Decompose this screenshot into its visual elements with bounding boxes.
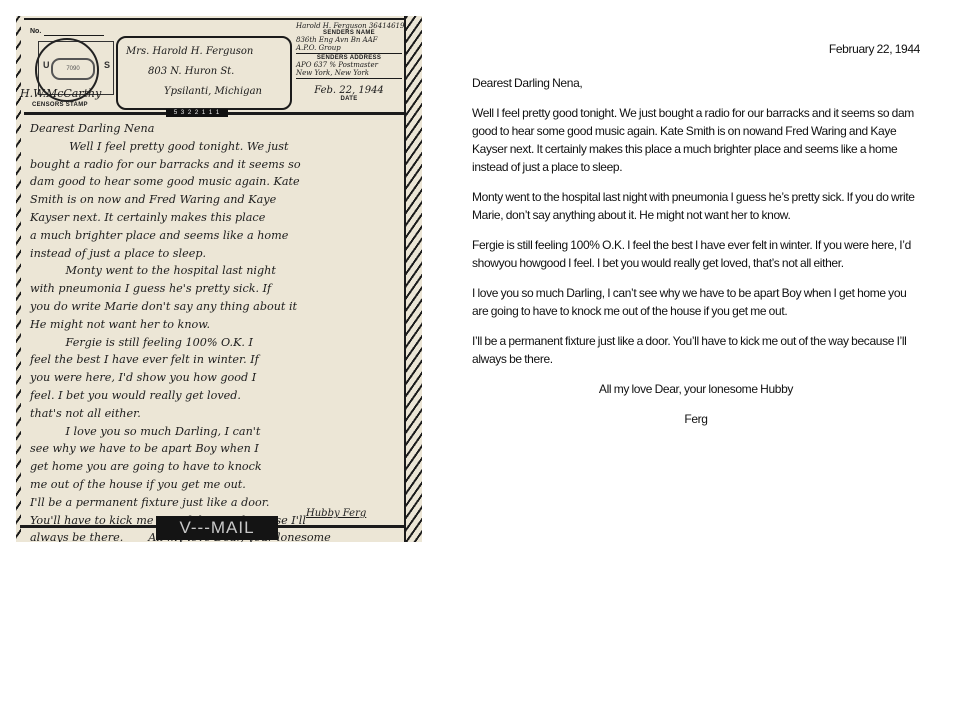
handwritten-line: Monty went to the hospital last night bbox=[30, 262, 400, 280]
handwritten-line: with pneumonia I guess he's pretty sick.… bbox=[30, 280, 400, 298]
handwritten-line: bought a radio for our barracks and it s… bbox=[30, 156, 400, 174]
sender-rule bbox=[296, 53, 402, 54]
handwritten-line: dam good to hear some good music again. … bbox=[30, 173, 400, 191]
handwritten-letter-body: Dearest Darling Nena Well I feel pretty … bbox=[30, 120, 400, 542]
handwritten-line: I love you so much Darling, I can't bbox=[30, 423, 400, 441]
address-line-name: Mrs. Harold H. Ferguson bbox=[126, 46, 253, 57]
handwritten-line: me out of the house if you get me out. bbox=[30, 476, 400, 494]
handwritten-line: that's not all either. bbox=[30, 405, 400, 423]
handwritten-line: a much brighter place and seems like a h… bbox=[30, 227, 400, 245]
form-number-line bbox=[44, 35, 104, 36]
letter-paragraph: I’ll be a permanent fixture just like a … bbox=[472, 332, 920, 368]
vmail-scan-image: No. U 7090 S H.W.McCarthy CENSORS STAMP … bbox=[16, 16, 422, 542]
letter-paragraph: Fergie is still feeling 100% O.K. I feel… bbox=[472, 236, 920, 272]
censor-signature: H.W.McCarthy bbox=[20, 87, 101, 100]
handwritten-line: He might not want her to know. bbox=[30, 316, 400, 334]
censor-letter-u: U bbox=[43, 60, 50, 70]
handwritten-line: Smith is on now and Fred Waring and Kaye bbox=[30, 191, 400, 209]
letter-signature: Ferg bbox=[472, 410, 920, 428]
handwritten-line: Dearest Darling Nena bbox=[30, 120, 400, 138]
serial-number-bar: 5 3 2 2 1 1 1 bbox=[166, 109, 228, 117]
handwritten-line: feel. I bet you would really get loved. bbox=[30, 387, 400, 405]
sender-block: Harold H. Ferguson 36414619 SENDERS NAME… bbox=[296, 22, 402, 102]
sender-address-handwritten-2: New York, New York bbox=[296, 69, 402, 77]
handwritten-line: instead of just a place to sleep. bbox=[30, 245, 400, 263]
letter-transcription: February 22, 1944 Dearest Darling Nena, … bbox=[472, 40, 920, 440]
handwritten-line: Fergie is still feeling 100% O.K. I bbox=[30, 334, 400, 352]
letter-date: February 22, 1944 bbox=[472, 40, 920, 58]
handwritten-line: Kayser next. It certainly makes this pla… bbox=[30, 209, 400, 227]
censor-letter-s: S bbox=[104, 60, 110, 70]
sender-name-handwritten: Harold H. Ferguson 36414619 bbox=[296, 22, 402, 30]
letter-closing: All my love Dear, your lonesome Hubby bbox=[472, 380, 920, 398]
censor-number-oval: 7090 bbox=[51, 58, 95, 80]
sender-unit-handwritten-2: A.P.O. Group bbox=[296, 44, 402, 52]
sender-date-label: DATE bbox=[296, 96, 402, 102]
address-line-city: Ypsilanti, Michigan bbox=[164, 86, 262, 97]
letter-paragraph: I love you so much Darling, I can’t see … bbox=[472, 284, 920, 320]
censor-stamp-label: CENSORS STAMP bbox=[32, 102, 88, 108]
form-number-label: No. bbox=[30, 28, 41, 35]
letter-paragraph: Well I feel pretty good tonight. We just… bbox=[472, 104, 920, 176]
sender-rule-2 bbox=[296, 78, 402, 79]
letter-paragraph: Monty went to the hospital last night wi… bbox=[472, 188, 920, 224]
handwritten-line: see why we have to be apart Boy when I bbox=[30, 440, 400, 458]
handwritten-line: Well I feel pretty good tonight. We just bbox=[30, 138, 400, 156]
handwritten-line: you were here, I'd show you how good I bbox=[30, 369, 400, 387]
handwritten-closing-signature: Hubby Ferg bbox=[306, 508, 366, 519]
right-border-hatch bbox=[404, 16, 422, 542]
address-line-street: 803 N. Huron St. bbox=[148, 66, 234, 77]
form-top-rule bbox=[24, 18, 404, 20]
handwritten-line: you do write Marie don't say any thing a… bbox=[30, 298, 400, 316]
vmail-logo-badge: V---MAIL bbox=[156, 516, 278, 540]
handwritten-line: feel the best I have ever felt in winter… bbox=[30, 351, 400, 369]
handwritten-line: get home you are going to have to knock bbox=[30, 458, 400, 476]
sender-address-handwritten: APO 637 % Postmaster bbox=[296, 61, 402, 69]
letter-greeting: Dearest Darling Nena, bbox=[472, 74, 920, 92]
sender-unit-handwritten: 836th Eng Avn Bn AAF bbox=[296, 36, 402, 44]
recipient-address-box: Mrs. Harold H. Ferguson 803 N. Huron St.… bbox=[116, 36, 292, 110]
sender-date-handwritten: Feb. 22, 1944 bbox=[296, 85, 402, 96]
